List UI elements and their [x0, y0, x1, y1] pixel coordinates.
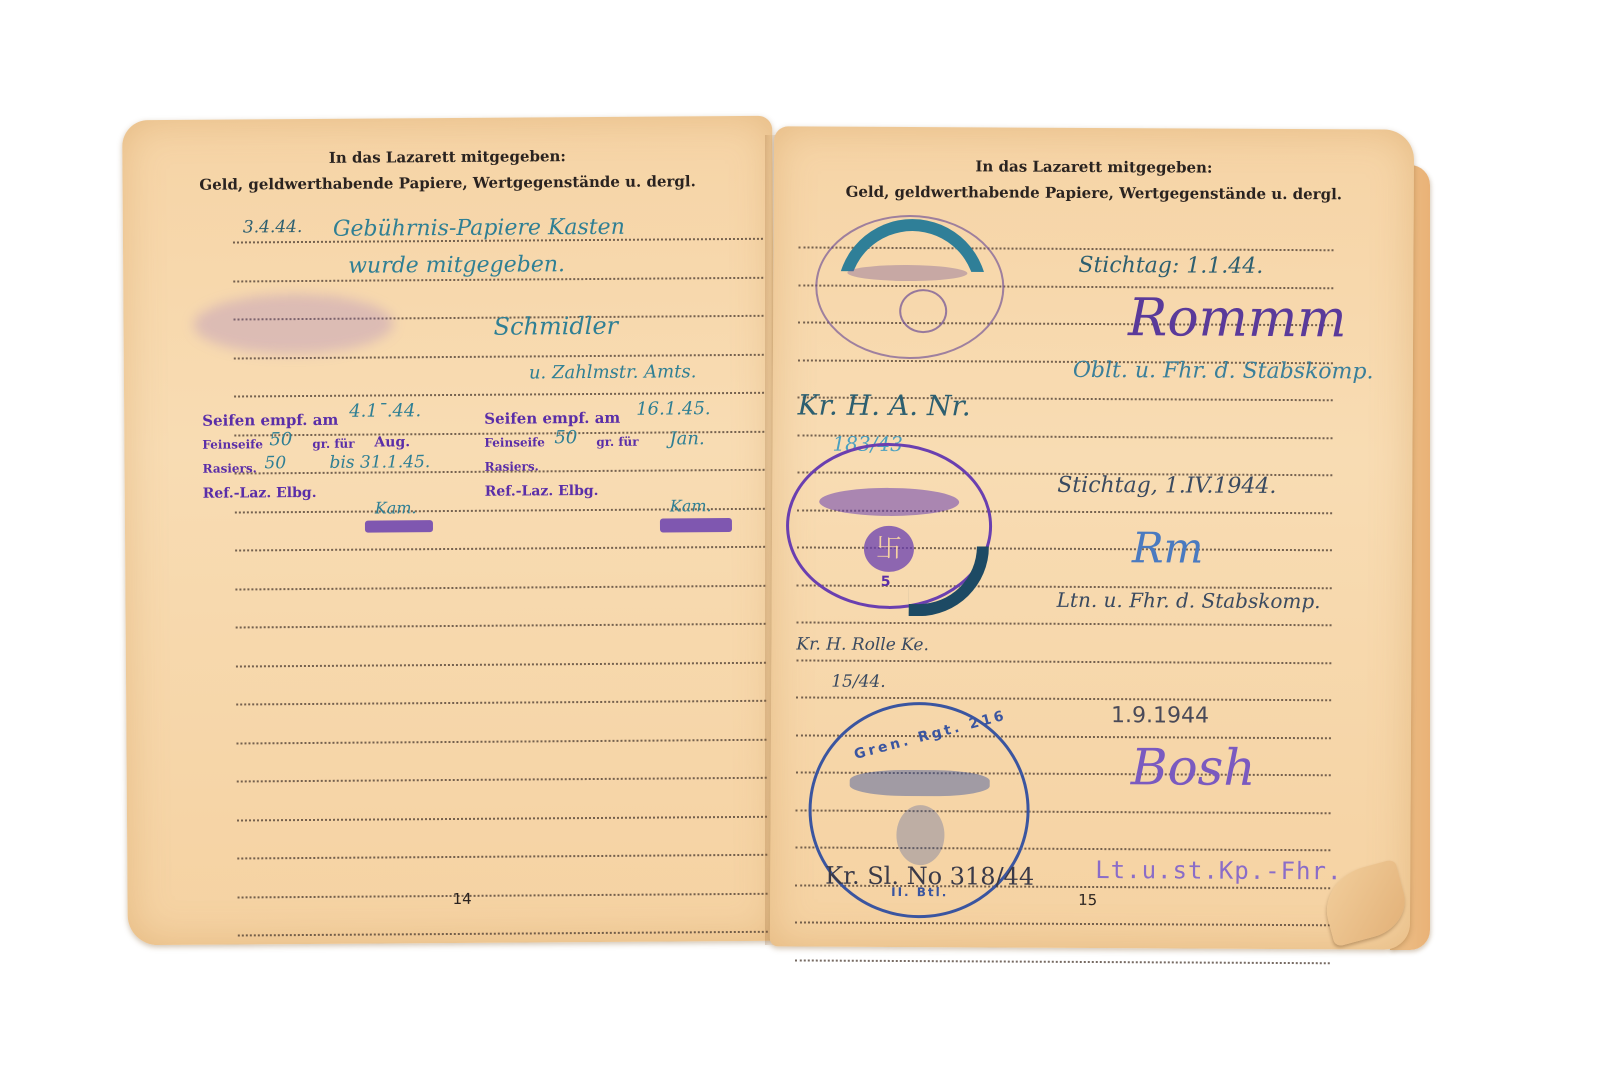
signature-3: Bosh — [1131, 738, 1256, 797]
ink-blot — [365, 520, 433, 532]
ruled-line — [795, 921, 1330, 926]
stamp-block-signature: Kam. — [375, 498, 417, 517]
fine-soap-unit: gr. für — [312, 437, 354, 451]
ruled-line — [236, 700, 766, 706]
signature-2: Rm — [1132, 523, 1204, 572]
ruled-line — [796, 659, 1331, 664]
ruled-line — [236, 738, 766, 744]
date-1-9-1944: 1.9.1944 — [1111, 703, 1209, 729]
ruled-line — [238, 931, 768, 937]
hospital-label: Ref.-Laz. Elbg. — [485, 483, 599, 500]
entry-rank: u. Zahlmstr. Amts. — [529, 361, 697, 383]
stichtag-entry-1: Stichtag: 1.1.44. — [1078, 253, 1263, 279]
kr-entry: Kr. H. Rolle Ke. — [796, 634, 929, 655]
shaving-soap-amount: 50 — [264, 453, 286, 473]
rank-entry-2: Ltn. u. Fhr. d. Stabskomp. — [1057, 588, 1321, 613]
page-number-right: 15 — [1078, 891, 1097, 909]
soap-received-date: 16.1.45. — [636, 398, 711, 420]
soldbuch-spread: In das Lazarett mitgegeben: Geld, geldwe… — [0, 0, 1600, 1067]
eagle-emblem-icon — [896, 805, 944, 865]
fine-soap-unit: gr. für — [596, 435, 638, 449]
eagle-wings-icon — [819, 488, 959, 517]
stamp-text: Gren. Rgt. 216 — [853, 708, 1009, 763]
ruled-line — [236, 661, 766, 667]
entry-date: 3.4.44. — [243, 217, 303, 237]
eagle-swastika-emblem-icon — [899, 289, 947, 333]
hospital-label: Ref.-Laz. Elbg. — [203, 485, 317, 502]
ruled-line — [234, 353, 764, 359]
swastika-emblem-icon: 卐 — [864, 526, 914, 572]
soap-received-label: Seifen empf. am — [484, 409, 620, 428]
fine-soap-label: Feinseife — [202, 437, 263, 451]
fine-soap-month: Jan. — [669, 428, 704, 449]
ink-blot — [660, 518, 732, 533]
fine-soap-label: Feinseife — [484, 435, 545, 449]
soap-received-date: 4.1¯.44. — [349, 400, 421, 422]
ruled-line — [797, 621, 1332, 626]
entry-line2: wurde mitgegeben. — [348, 252, 565, 279]
ruled-line — [237, 815, 767, 821]
feldpost-stamp-1 — [815, 215, 1005, 360]
page-number-left: 14 — [453, 890, 472, 908]
kr-ha-nr-entry: Kr. H. A. Nr. — [798, 388, 971, 422]
fine-soap-amount: 50 — [269, 429, 292, 450]
stamp-number: 5 — [881, 574, 891, 590]
stichtag-entry-2: Stichtag, 1.IV.1944. — [1057, 473, 1276, 499]
soap-received-label: Seifen empf. am — [202, 411, 338, 430]
eagle-wings-icon — [850, 770, 990, 797]
signature-1: Rommm — [1128, 288, 1347, 349]
fine-soap-amount: 50 — [554, 427, 577, 448]
rank-entry-1: Oblt. u. Fhr. d. Stabskomp. — [1073, 358, 1374, 385]
ink-overstamp — [837, 219, 987, 295]
shaving-soap-until: bis 31.1.45. — [329, 452, 430, 473]
eagle-wings-icon — [847, 265, 967, 282]
ruled-line — [236, 623, 766, 629]
shaving-soap-label: Rasiers. — [485, 459, 539, 473]
feldpost-stamp-2: 卐 5 — [786, 442, 993, 609]
ruled-line — [238, 892, 768, 898]
shaving-soap-label: Rasiers. — [203, 461, 257, 475]
ruled-line — [235, 546, 765, 552]
ruled-line — [237, 777, 767, 783]
entry-line1: Gebührnis-Papiere Kasten — [333, 215, 625, 242]
ruled-line — [795, 959, 1330, 964]
fine-soap-month: Aug. — [374, 434, 410, 450]
left-page: In das Lazarett mitgegeben: Geld, geldwe… — [122, 116, 778, 946]
stamp-block-signature: Kam. — [670, 496, 712, 515]
entry-signature: Schmidler — [493, 312, 618, 341]
rank-stamp: Lt.u.st.Kp.-Fhr. — [1095, 856, 1342, 885]
ruled-line — [234, 392, 764, 398]
right-page: In das Lazarett mitgegeben: Geld, geldwe… — [770, 126, 1414, 949]
kr-sl-number: Kr. Sl. No 318/44 — [825, 862, 1034, 891]
number-15-44: 15/44. — [831, 672, 886, 692]
ruled-line — [237, 854, 767, 860]
ruled-line — [796, 696, 1331, 701]
ruled-line — [235, 584, 765, 590]
